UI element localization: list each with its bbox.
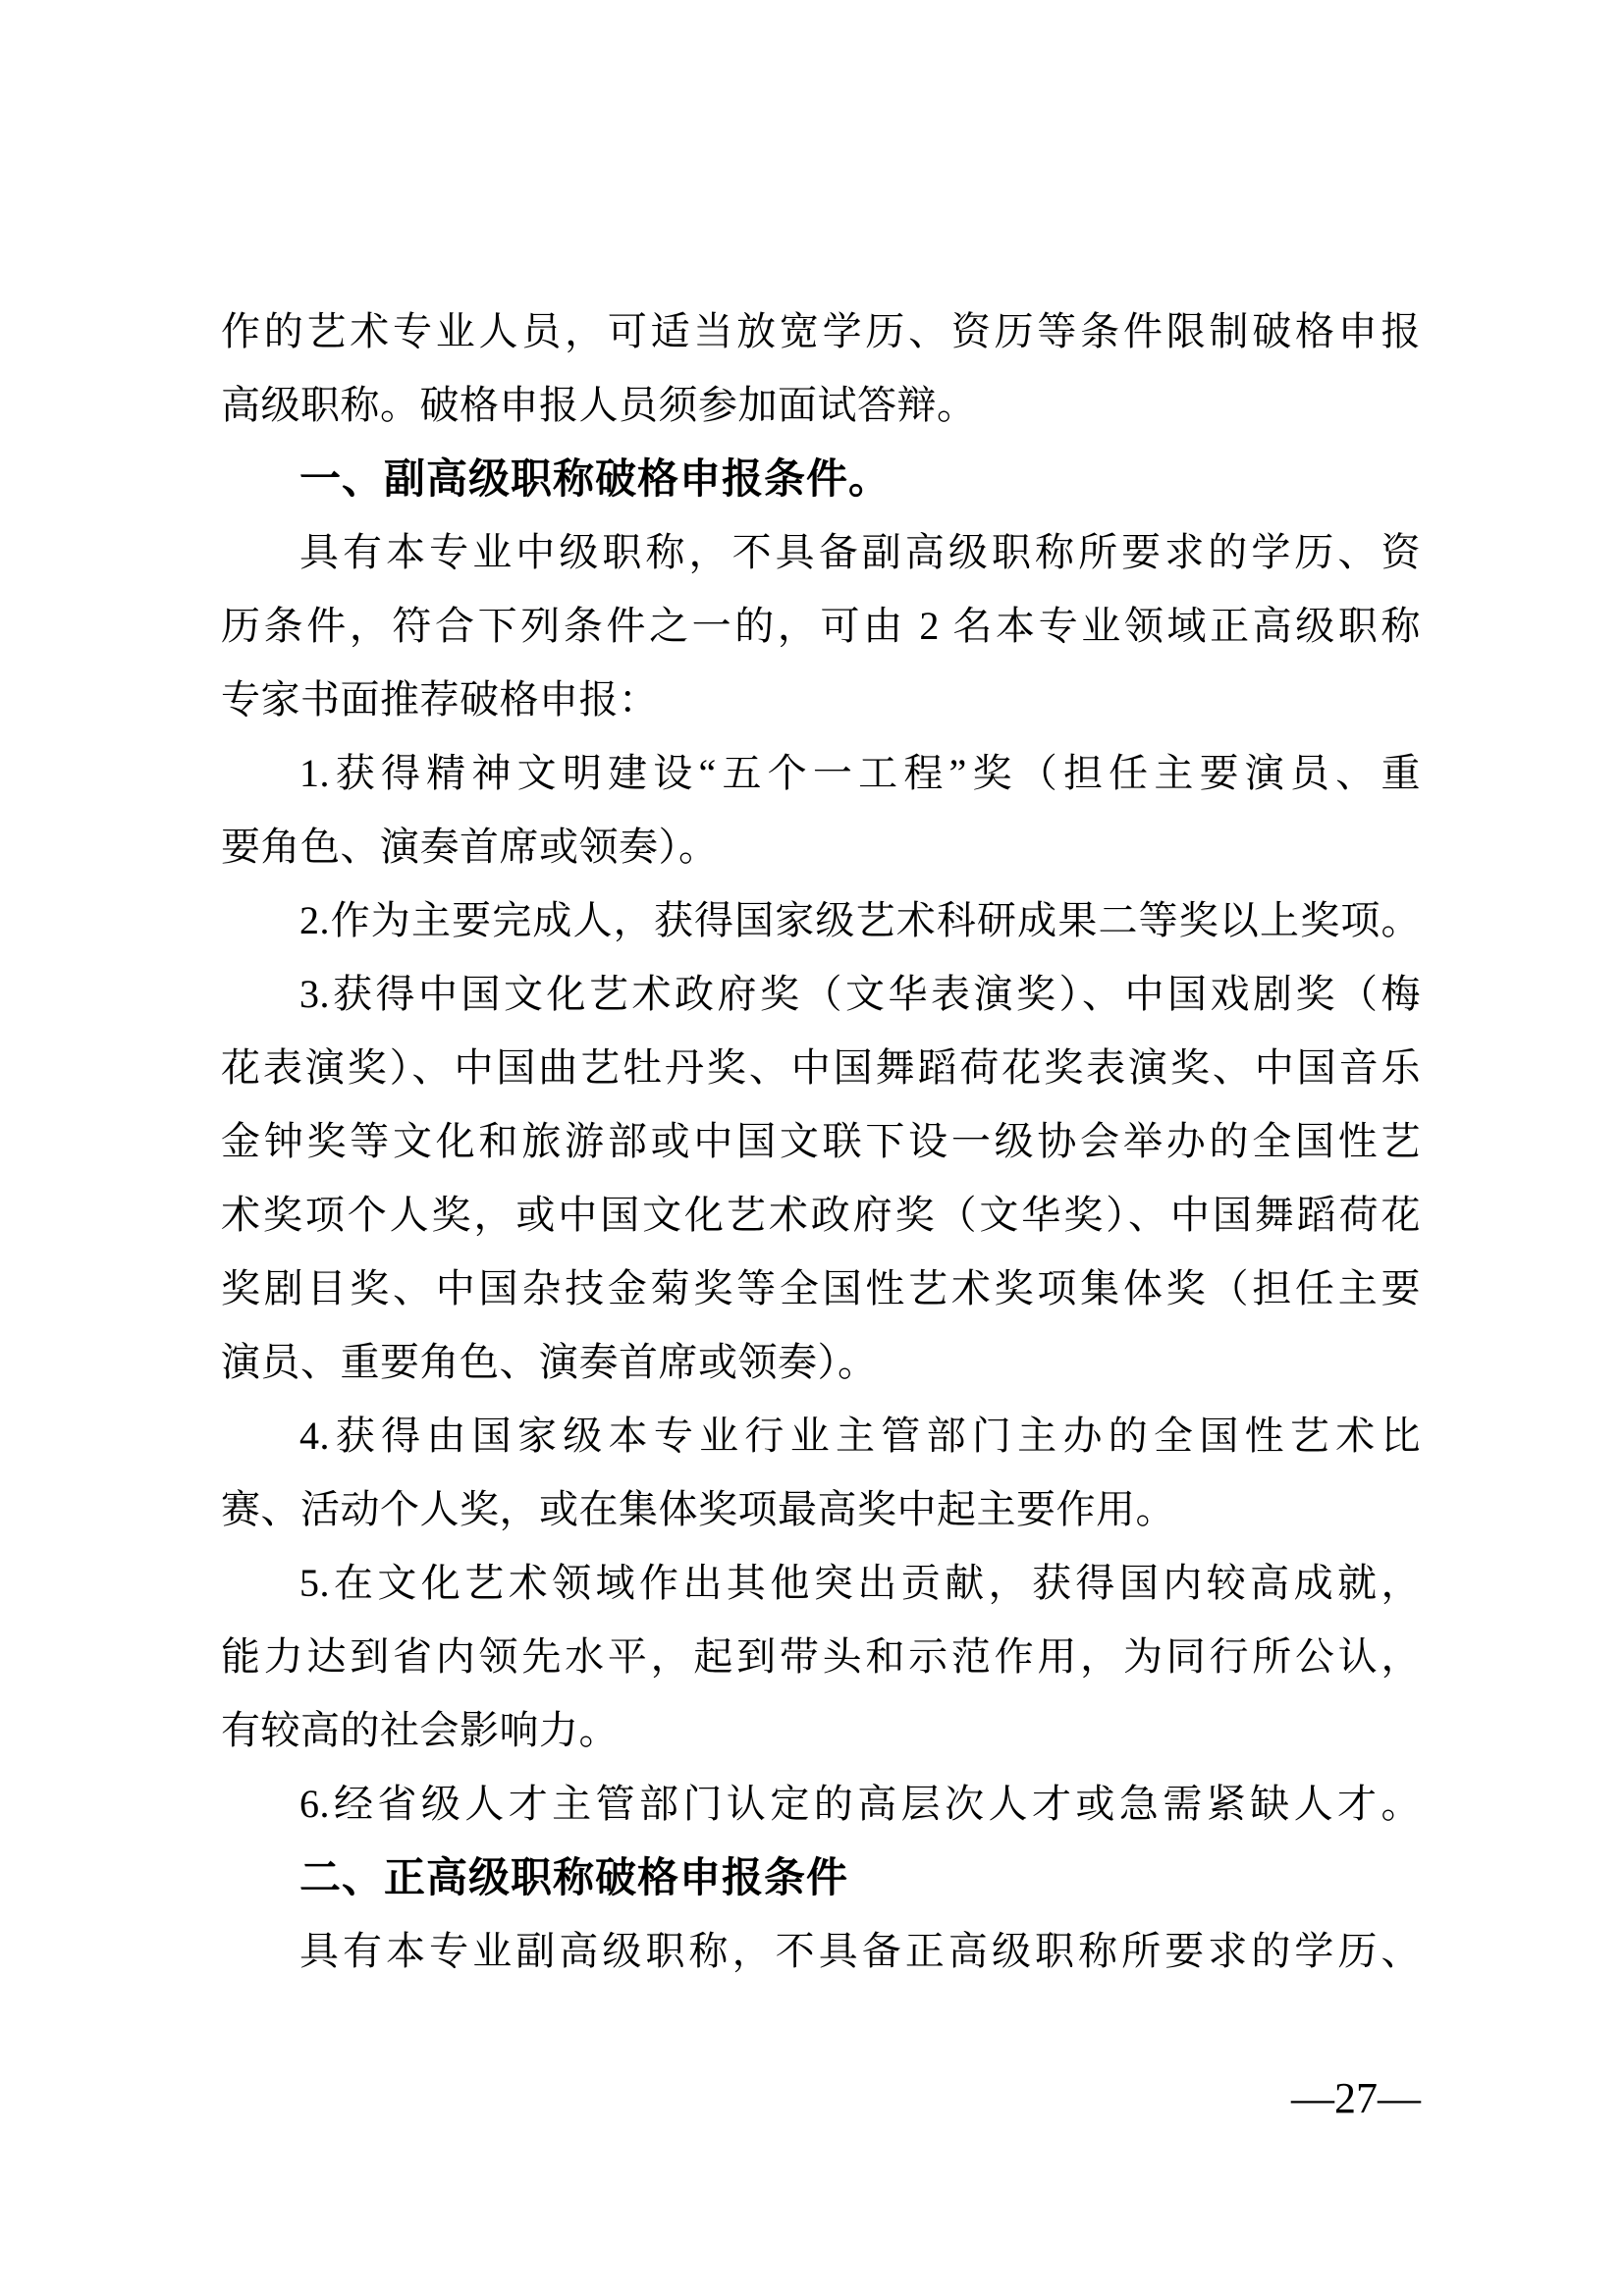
paragraph-line: 有较高的社会影响力。 xyxy=(221,1693,1421,1767)
paragraph-line: 奖剧目奖、中国杂技金菊奖等全国性艺术奖项集体奖（担任主要 xyxy=(221,1252,1421,1325)
paragraph-line: 演员、重要角色、演奏首席或领奏）。 xyxy=(221,1325,1421,1399)
paragraph-line: 作的艺术专业人员，可适当放宽学历、资历等条件限制破格申报 xyxy=(221,294,1421,368)
paragraph-line: 能力达到省内领先水平，起到带头和示范作用，为同行所公认， xyxy=(221,1620,1421,1693)
paragraph-line: 赛、活动个人奖，或在集体奖项最高奖中起主要作用。 xyxy=(221,1472,1421,1546)
page-number: —27— xyxy=(1291,2073,1421,2124)
paragraph-line: 金钟奖等文化和旅游部或中国文联下设一级协会举办的全国性艺 xyxy=(221,1104,1421,1178)
paragraph-line: 历条件，符合下列条件之一的，可由 2 名本专业领域正高级职称 xyxy=(221,589,1421,663)
paragraph-line: 高级职称。破格申报人员须参加面试答辩。 xyxy=(221,368,1421,442)
list-item-2: 2.作为主要完成人，获得国家级艺术科研成果二等奖以上奖项。 xyxy=(221,883,1421,957)
list-item-5: 5.在文化艺术领域作出其他突出贡献，获得国内较高成就， xyxy=(221,1546,1421,1620)
list-item-4: 4.获得由国家级本专业行业主管部门主办的全国性艺术比 xyxy=(221,1399,1421,1472)
list-item-3: 3.获得中国文化艺术政府奖（文华表演奖）、中国戏剧奖（梅 xyxy=(221,957,1421,1031)
document-page: 作的艺术专业人员，可适当放宽学历、资历等条件限制破格申报 高级职称。破格申报人员… xyxy=(0,0,1624,2296)
paragraph-line: 具有本专业副高级职称，不具备正高级职称所要求的学历、 xyxy=(221,1914,1421,1988)
section-heading-1: 一、副高级职称破格申报条件。 xyxy=(221,442,1421,515)
paragraph-line: 要角色、演奏首席或领奏）。 xyxy=(221,810,1421,883)
list-item-6: 6.经省级人才主管部门认定的高层次人才或急需紧缺人才。 xyxy=(221,1767,1421,1841)
document-body: 作的艺术专业人员，可适当放宽学历、资历等条件限制破格申报 高级职称。破格申报人员… xyxy=(221,294,1421,1988)
list-item-1: 1.获得精神文明建设“五个一工程”奖（担任主要演员、重 xyxy=(221,736,1421,810)
paragraph-line: 术奖项个人奖，或中国文化艺术政府奖（文华奖）、中国舞蹈荷花 xyxy=(221,1178,1421,1252)
paragraph-line: 花表演奖）、中国曲艺牡丹奖、中国舞蹈荷花奖表演奖、中国音乐 xyxy=(221,1031,1421,1104)
paragraph-line: 专家书面推荐破格申报： xyxy=(221,663,1421,736)
paragraph-line: 具有本专业中级职称，不具备副高级职称所要求的学历、资 xyxy=(221,515,1421,589)
section-heading-2: 二、正高级职称破格申报条件 xyxy=(221,1841,1421,1914)
